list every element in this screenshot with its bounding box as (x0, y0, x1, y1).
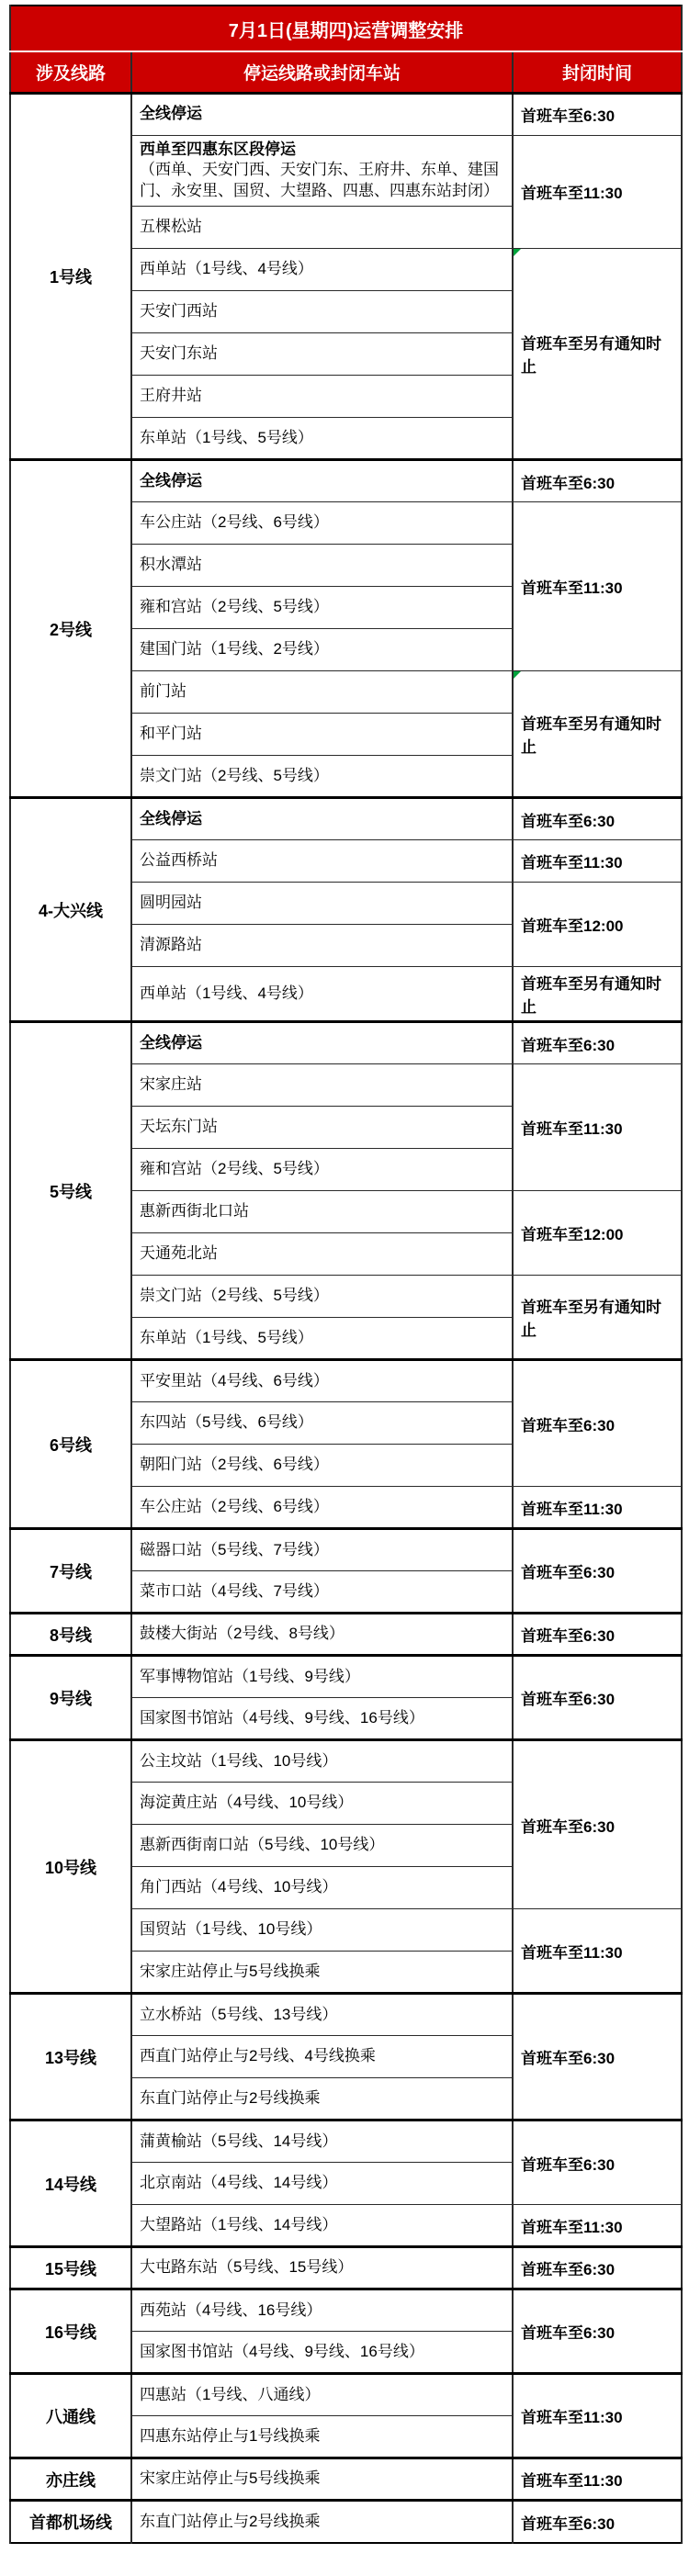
station-cell: 西单至四惠东区段停运（西单、天安门西、天安门东、王府井、东单、建国门、永安里、国… (131, 135, 513, 207)
line-label: 4-大兴线 (10, 798, 131, 1022)
station-cell: 王府井站 (131, 376, 513, 418)
station-cell: 东直门站停止与2号线换乘 (131, 2078, 513, 2120)
station-text: 天安门东站 (140, 343, 504, 365)
station-text: 鼓楼大街站（2号线、8号线） (140, 1624, 504, 1645)
station-cell: 宋家庄站停止与5号线换乘 (131, 1952, 513, 1994)
table-row: 14号线蒲黄榆站（5号线、14号线）首班车至6:30 (10, 2120, 682, 2163)
table-row: 4-大兴线全线停运首班车至6:30 (10, 798, 682, 840)
station-text: 前门站 (140, 681, 504, 703)
closure-time-cell: 首班车至另有通知时止 (513, 967, 682, 1022)
station-text: 西单至四惠东区段停运 (140, 140, 504, 161)
line-label: 八通线 (10, 2374, 131, 2458)
station-text: 雍和宫站（2号线、5号线） (140, 1159, 504, 1180)
station-cell: 全线停运 (131, 798, 513, 840)
closure-time-cell: 首班车至6:30 (513, 460, 682, 502)
station-cell: 海淀黄庄站（4号线、10号线） (131, 1783, 513, 1825)
station-text: 积水潭站 (140, 555, 504, 576)
table-row: 13号线立水桥站（5号线、13号线）首班车至6:30 (10, 1994, 682, 2036)
line-label: 16号线 (10, 2289, 131, 2374)
station-text: 立水桥站（5号线、13号线） (140, 2005, 504, 2026)
table-row: 5号线全线停运首班车至6:30 (10, 1022, 682, 1064)
station-text: 清源路站 (140, 935, 504, 956)
station-text: 角门西站（4号线、10号线） (140, 1877, 504, 1898)
line-label: 2号线 (10, 460, 131, 798)
station-text: 宋家庄站 (140, 1074, 504, 1096)
station-text: 北京南站（4号线、14号线） (140, 2173, 504, 2194)
line-label: 1号线 (10, 93, 131, 460)
station-text: 圆明园站 (140, 893, 504, 914)
table-row: 7号线磁器口站（5号线、7号线）首班车至6:30 (10, 1529, 682, 1571)
closure-time-cell: 首班车至11:30 (513, 2458, 682, 2501)
table-row: 8号线鼓楼大街站（2号线、8号线）首班车至6:30 (10, 1614, 682, 1656)
closure-time-cell: 首班车至11:30 (513, 2205, 682, 2247)
station-cell: 清源路站 (131, 925, 513, 967)
table-row: 9号线军事博物馆站（1号线、9号线）首班车至6:30 (10, 1656, 682, 1698)
station-text: 天通苑北站 (140, 1243, 504, 1265)
station-text: 军事博物馆站（1号线、9号线） (140, 1667, 504, 1688)
station-cell: 国家图书馆站（4号线、9号线、16号线） (131, 1698, 513, 1740)
station-text: 西单站（1号线、4号线） (140, 259, 504, 280)
line-label: 13号线 (10, 1994, 131, 2120)
station-text: 西单站（1号线、4号线） (140, 984, 504, 1005)
closure-time-cell: 首班车至6:30 (513, 1656, 682, 1740)
closure-time-cell: 首班车至6:30 (513, 1614, 682, 1656)
line-label: 8号线 (10, 1614, 131, 1656)
station-cell: 大屯路东站（5号线、15号线） (131, 2247, 513, 2289)
notice-page: 7月1日(星期四)运营调整安排 涉及线路 停运线路或封闭车站 封闭时间 1号线全… (0, 0, 689, 2551)
station-cell: 全线停运 (131, 93, 513, 135)
table-row: 亦庄线宋家庄站停止与5号线换乘首班车至11:30 (10, 2458, 682, 2501)
station-text: 菜市口站（4号线、7号线） (140, 1581, 504, 1603)
station-text: 惠新西街南口站（5号线、10号线） (140, 1835, 504, 1856)
station-cell: 全线停运 (131, 1022, 513, 1064)
station-cell: 五棵松站 (131, 207, 513, 249)
closure-time-cell: 首班车至11:30 (513, 502, 682, 671)
line-label: 7号线 (10, 1529, 131, 1614)
station-cell: 惠新西街北口站 (131, 1191, 513, 1233)
station-text: 崇文门站（2号线、5号线） (140, 1286, 504, 1307)
station-cell: 崇文门站（2号线、5号线） (131, 756, 513, 798)
line-label: 14号线 (10, 2120, 131, 2247)
station-cell: 天安门西站 (131, 291, 513, 333)
station-text: 公主坟站（1号线、10号线） (140, 1751, 504, 1772)
station-cell: 西单站（1号线、4号线） (131, 967, 513, 1022)
station-text: 惠新西街北口站 (140, 1201, 504, 1222)
line-label: 首都机场线 (10, 2501, 131, 2543)
closure-time-cell: 首班车至6:30 (513, 798, 682, 840)
closure-time-cell: 首班车至6:30 (513, 2289, 682, 2374)
table-row: 6号线平安里站（4号线、6号线）首班车至6:30 (10, 1360, 682, 1402)
station-cell: 东单站（1号线、5号线） (131, 1318, 513, 1360)
station-cell: 蒲黄榆站（5号线、14号线） (131, 2120, 513, 2163)
station-text: 车公庄站（2号线、6号线） (140, 1497, 504, 1518)
station-cell: 公主坟站（1号线、10号线） (131, 1740, 513, 1783)
station-cell: 积水潭站 (131, 545, 513, 587)
line-label: 亦庄线 (10, 2458, 131, 2501)
station-text: 东直门站停止与2号线换乘 (140, 2088, 504, 2109)
station-text: 国家图书馆站（4号线、9号线、16号线） (140, 1708, 504, 1729)
closure-time-cell: 首班车至11:30 (513, 1909, 682, 1994)
line-label: 10号线 (10, 1740, 131, 1994)
station-text: 雍和宫站（2号线、5号线） (140, 597, 504, 618)
station-text: 东单站（1号线、5号线） (140, 1328, 504, 1349)
closure-time-cell: 首班车至11:30 (513, 1487, 682, 1529)
closure-time-cell: 首班车至12:00 (513, 1191, 682, 1276)
station-text: 全线停运 (140, 809, 504, 830)
col-header-stations: 停运线路或封闭车站 (131, 51, 513, 93)
station-cell: 天安门东站 (131, 333, 513, 376)
station-text: 东直门站停止与2号线换乘 (140, 2512, 504, 2533)
station-text: 全线停运 (140, 1033, 504, 1054)
station-text: 王府井站 (140, 386, 504, 407)
closure-time-cell: 首班车至11:30 (513, 1064, 682, 1191)
station-text: 平安里站（4号线、6号线） (140, 1371, 504, 1392)
station-cell: 公益西桥站 (131, 840, 513, 883)
station-cell: 四惠站（1号线、八通线） (131, 2374, 513, 2416)
station-cell: 大望路站（1号线、14号线） (131, 2205, 513, 2247)
station-text: 车公庄站（2号线、6号线） (140, 512, 504, 534)
station-cell: 平安里站（4号线、6号线） (131, 1360, 513, 1402)
station-text: 五棵松站 (140, 217, 504, 238)
station-text: 宋家庄站停止与5号线换乘 (140, 2469, 504, 2490)
station-cell: 东四站（5号线、6号线） (131, 1402, 513, 1445)
station-cell: 国贸站（1号线、10号线） (131, 1909, 513, 1952)
station-cell: 磁器口站（5号线、7号线） (131, 1529, 513, 1571)
station-cell: 军事博物馆站（1号线、9号线） (131, 1656, 513, 1698)
col-header-closure-time: 封闭时间 (513, 51, 682, 93)
station-text: 全线停运 (140, 471, 504, 492)
station-text: 和平门站 (140, 724, 504, 745)
table-row: 八通线四惠站（1号线、八通线）首班车至11:30 (10, 2374, 682, 2416)
station-cell: 东直门站停止与2号线换乘 (131, 2501, 513, 2543)
station-text: 宋家庄站停止与5号线换乘 (140, 1962, 504, 1983)
column-header-row: 涉及线路 停运线路或封闭车站 封闭时间 (10, 51, 682, 93)
station-cell: 前门站 (131, 671, 513, 714)
station-cell: 车公庄站（2号线、6号线） (131, 502, 513, 545)
closure-time-cell: 首班车至6:30 (513, 2120, 682, 2205)
closure-time-cell: 首班车至另有通知时止 (513, 1276, 682, 1360)
closure-time-cell: 首班车至6:30 (513, 2247, 682, 2289)
table-row: 2号线全线停运首班车至6:30 (10, 460, 682, 502)
station-text: 天安门西站 (140, 301, 504, 322)
table-body: 1号线全线停运首班车至6:30西单至四惠东区段停运（西单、天安门西、天安门东、王… (10, 93, 682, 2543)
closure-time-cell: 首班车至11:30 (513, 840, 682, 883)
station-text: 西苑站（4号线、16号线） (140, 2300, 504, 2322)
closure-time-cell: 首班车至另有通知时止 (513, 671, 682, 798)
station-cell: 崇文门站（2号线、5号线） (131, 1276, 513, 1318)
table-row: 16号线西苑站（4号线、16号线）首班车至6:30 (10, 2289, 682, 2332)
station-cell: 天坛东门站 (131, 1107, 513, 1149)
station-text: 西直门站停止与2号线、4号线换乘 (140, 2046, 504, 2067)
col-header-lines: 涉及线路 (10, 51, 131, 93)
station-text: 国家图书馆站（4号线、9号线、16号线） (140, 2342, 504, 2363)
station-text: 海淀黄庄站（4号线、10号线） (140, 1793, 504, 1814)
page-title: 7月1日(星期四)运营调整安排 (10, 6, 682, 51)
line-label: 9号线 (10, 1656, 131, 1740)
station-cell: 东单站（1号线、5号线） (131, 418, 513, 460)
operation-adjustment-table: 7月1日(星期四)运营调整安排 涉及线路 停运线路或封闭车站 封闭时间 1号线全… (9, 5, 683, 2544)
station-text: 建国门站（1号线、2号线） (140, 639, 504, 660)
station-cell: 国家图书馆站（4号线、9号线、16号线） (131, 2332, 513, 2374)
station-cell: 角门西站（4号线、10号线） (131, 1867, 513, 1909)
station-cell: 朝阳门站（2号线、6号线） (131, 1445, 513, 1487)
closure-time-cell: 首班车至6:30 (513, 1360, 682, 1487)
station-cell: 立水桥站（5号线、13号线） (131, 1994, 513, 2036)
station-text: 四惠东站停止与1号线换乘 (140, 2426, 504, 2447)
station-cell: 菜市口站（4号线、7号线） (131, 1571, 513, 1614)
closure-time-cell: 首班车至6:30 (513, 93, 682, 135)
title-row: 7月1日(星期四)运营调整安排 (10, 6, 682, 51)
line-label: 5号线 (10, 1022, 131, 1360)
station-cell: 车公庄站（2号线、6号线） (131, 1487, 513, 1529)
closure-time-cell: 首班车至6:30 (513, 1529, 682, 1614)
closure-time-cell: 首班车至11:30 (513, 135, 682, 249)
station-cell: 全线停运 (131, 460, 513, 502)
station-text: 大屯路东站（5号线、15号线） (140, 2257, 504, 2278)
station-text: 公益西桥站 (140, 850, 504, 872)
station-text: 大望路站（1号线、14号线） (140, 2215, 504, 2236)
station-text: 全线停运 (140, 104, 504, 125)
station-text: 天坛东门站 (140, 1117, 504, 1138)
closure-time-cell: 首班车至12:00 (513, 883, 682, 967)
line-label: 6号线 (10, 1360, 131, 1529)
station-text: 东四站（5号线、6号线） (140, 1412, 504, 1434)
station-text: 朝阳门站（2号线、6号线） (140, 1455, 504, 1476)
closure-time-cell: 首班车至6:30 (513, 1740, 682, 1909)
station-cell: 惠新西街南口站（5号线、10号线） (131, 1825, 513, 1867)
table-row: 首都机场线东直门站停止与2号线换乘首班车至6:30 (10, 2501, 682, 2543)
station-subtext: （西单、天安门西、天安门东、王府井、东单、建国门、永安里、国贸、大望路、四惠、四… (140, 160, 504, 202)
table-row: 15号线大屯路东站（5号线、15号线）首班车至6:30 (10, 2247, 682, 2289)
station-cell: 雍和宫站（2号线、5号线） (131, 1149, 513, 1191)
station-cell: 雍和宫站（2号线、5号线） (131, 587, 513, 629)
table-row: 10号线公主坟站（1号线、10号线）首班车至6:30 (10, 1740, 682, 1783)
station-text: 国贸站（1号线、10号线） (140, 1919, 504, 1940)
station-cell: 建国门站（1号线、2号线） (131, 629, 513, 671)
station-cell: 圆明园站 (131, 883, 513, 925)
table-row: 1号线全线停运首班车至6:30 (10, 93, 682, 135)
station-cell: 北京南站（4号线、14号线） (131, 2163, 513, 2205)
closure-time-cell: 首班车至另有通知时止 (513, 249, 682, 460)
station-text: 东单站（1号线、5号线） (140, 428, 504, 449)
closure-time-cell: 首班车至6:30 (513, 1994, 682, 2120)
station-cell: 天通苑北站 (131, 1233, 513, 1276)
station-cell: 和平门站 (131, 714, 513, 756)
station-cell: 西直门站停止与2号线、4号线换乘 (131, 2036, 513, 2078)
station-cell: 宋家庄站 (131, 1064, 513, 1107)
station-text: 四惠站（1号线、八通线） (140, 2385, 504, 2406)
line-label: 15号线 (10, 2247, 131, 2289)
closure-time-cell: 首班车至6:30 (513, 2501, 682, 2543)
station-text: 崇文门站（2号线、5号线） (140, 766, 504, 787)
closure-time-cell: 首班车至11:30 (513, 2374, 682, 2458)
station-text: 蒲黄榆站（5号线、14号线） (140, 2132, 504, 2153)
station-cell: 西苑站（4号线、16号线） (131, 2289, 513, 2332)
station-cell: 鼓楼大街站（2号线、8号线） (131, 1614, 513, 1656)
station-text: 磁器口站（5号线、7号线） (140, 1540, 504, 1561)
closure-time-cell: 首班车至6:30 (513, 1022, 682, 1064)
station-cell: 四惠东站停止与1号线换乘 (131, 2416, 513, 2458)
station-cell: 西单站（1号线、4号线） (131, 249, 513, 291)
station-cell: 宋家庄站停止与5号线换乘 (131, 2458, 513, 2501)
